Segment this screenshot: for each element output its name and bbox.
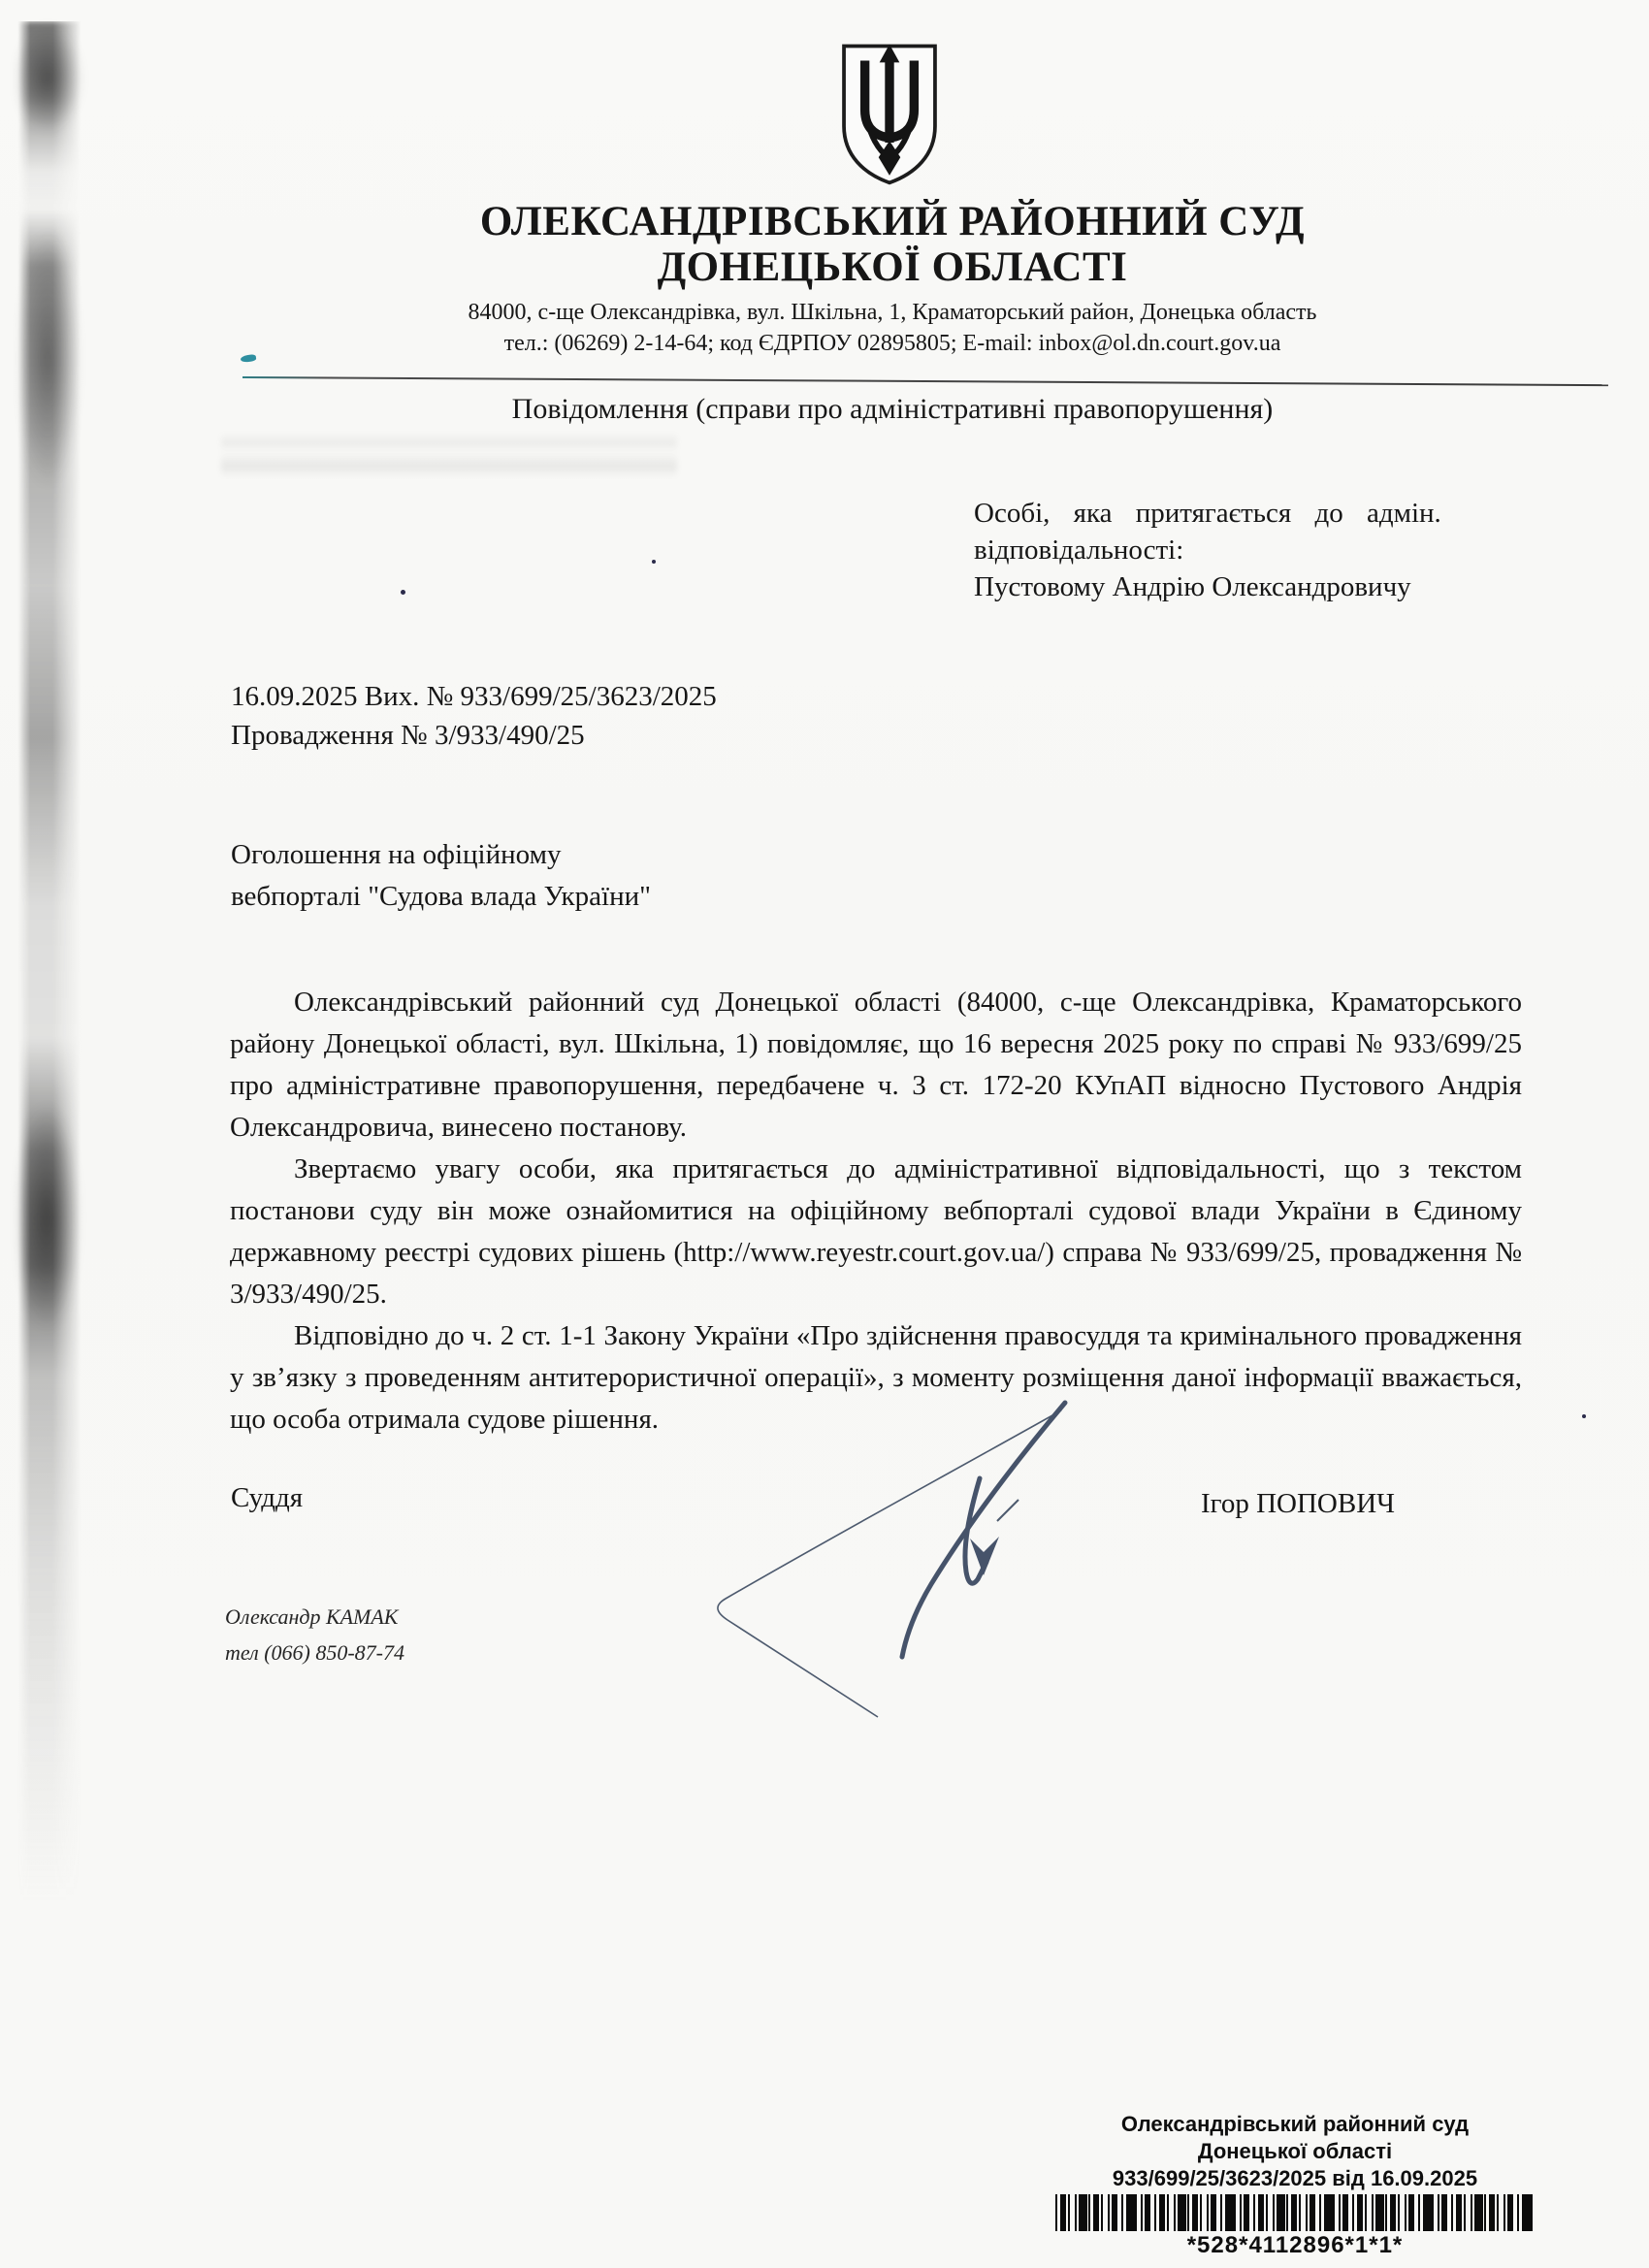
- court-contacts: тел.: (06269) 2-14-64; код ЄДРПОУ 028958…: [175, 331, 1610, 357]
- scan-speck: [652, 560, 656, 564]
- barcode-icon: [1055, 2194, 1535, 2231]
- announcement-line2: вебпорталі "Судова влада України": [231, 876, 651, 918]
- barcode-caption-number: 933/699/25/3623/2025 від 16.09.2025: [1048, 2165, 1542, 2192]
- recipient-name: Пустовому Андрію Олександровичу: [974, 568, 1509, 605]
- signer-role: Суддя: [231, 1482, 303, 1514]
- clerk-block: Олександр КАМАК тел (066) 850-87-74: [225, 1599, 404, 1670]
- court-address: 84000, с-ще Олександрівка, вул. Шкільна,…: [175, 300, 1610, 326]
- scan-artifact: [21, 233, 80, 485]
- barcode-caption-court: Олександрівський районний суд: [1048, 2111, 1542, 2138]
- coat-of-arms-icon: [832, 39, 947, 188]
- clerk-phone: тел (066) 850-87-74: [225, 1635, 404, 1670]
- scan-speck: [401, 590, 405, 595]
- barcode-code-text: *528*4112896*1*1*: [1048, 2232, 1542, 2259]
- barcode-caption-region: Донецької області: [1048, 2138, 1542, 2165]
- outgoing-number: 16.09.2025 Вих. № 933/699/25/3623/2025: [231, 677, 717, 716]
- court-name-line2: ДОНЕЦЬКОЇ ОБЛАСТІ: [175, 243, 1610, 291]
- signature-scribble-icon: [601, 1376, 1086, 1721]
- announcement-block: Оголошення на офіційному вебпорталі "Суд…: [231, 834, 651, 918]
- document-subject: Повідомлення (справи про адміністративні…: [175, 393, 1610, 426]
- scan-artifact: [19, 25, 81, 132]
- court-name-line1: ОЛЕКСАНДРІВСЬКИЙ РАЙОННИЙ СУД: [175, 198, 1610, 245]
- header-separator-line: [242, 376, 1608, 386]
- recipient-line2: відповідальності:: [974, 532, 1509, 568]
- body-paragraph-2: Звертаємо увагу особи, яка притягається …: [230, 1149, 1522, 1315]
- recipient-block: Особі, яка притягається до адмін. відпов…: [974, 495, 1509, 605]
- scanned-court-letter: ОЛЕКСАНДРІВСЬКИЙ РАЙОННИЙ СУД ДОНЕЦЬКОЇ …: [0, 0, 1649, 2268]
- proceeding-number: Провадження № 3/933/490/25: [231, 716, 717, 755]
- letter-body: Олександрівський районний суд Донецької …: [230, 982, 1522, 1441]
- announcement-line1: Оголошення на офіційному: [231, 834, 651, 876]
- body-paragraph-1: Олександрівський районний суд Донецької …: [230, 982, 1522, 1149]
- recipient-line1: Особі, яка притягається до адмін.: [974, 495, 1509, 532]
- clerk-name: Олександр КАМАК: [225, 1599, 404, 1635]
- reference-block: 16.09.2025 Вих. № 933/699/25/3623/2025 П…: [231, 677, 717, 755]
- scan-ghost-text: [221, 433, 677, 489]
- barcode-block: Олександрівський районний суд Донецької …: [1048, 2111, 1542, 2259]
- judge-name: Ігор ПОПОВИЧ: [1201, 1488, 1395, 1520]
- scan-speck: [1582, 1414, 1586, 1418]
- scan-artifact: [19, 1106, 80, 1329]
